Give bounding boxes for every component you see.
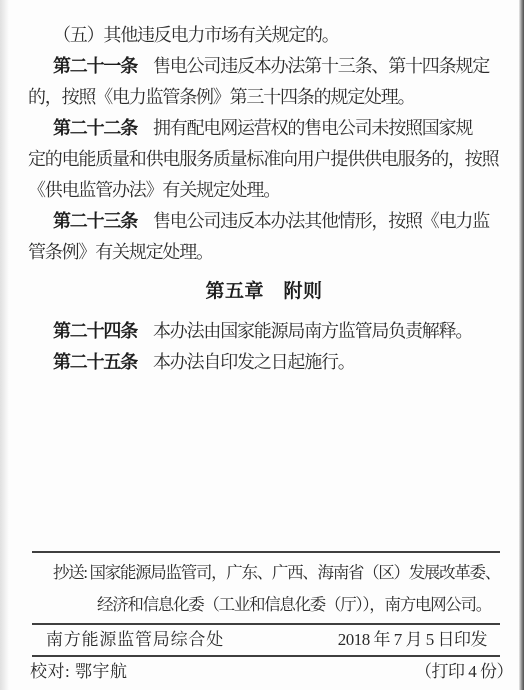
article-number: 第二十四条: [53, 321, 137, 341]
article-number: 第二十三条: [53, 211, 137, 231]
body-line-text: 《供电监管办法》有关规定处理。: [28, 180, 280, 200]
body-line: 第二十一条售电公司违反本办法第十三条、第十四条规定: [28, 51, 500, 82]
body-line: 第二十五条本办法自印发之日起施行。: [28, 347, 500, 378]
body-line: 第二十四条本办法由国家能源局南方监管局负责解释。: [28, 316, 500, 347]
body-line-text: 拥有配电网运营权的售电公司未按照国家规: [153, 118, 472, 138]
chapter-heading: 第五章 附则: [28, 276, 500, 307]
body-line-text: 售电公司违反本办法其他情形，按照《电力监: [153, 211, 489, 231]
document-body: （五）其他违反电力市场有关规定的。 第二十一条售电公司违反本办法第十三条、第十四…: [28, 20, 500, 378]
issuing-office: 南方能源监管局综合处: [46, 630, 224, 650]
scan-edge-right: [519, 0, 524, 690]
footer-divider-top: [32, 551, 500, 553]
body-line-text: 本办法自印发之日起施行。: [153, 352, 355, 372]
body-line: 第二十二条拥有配电网运营权的售电公司未按照国家规: [28, 113, 500, 144]
cc-list-line1: 抄送: 国家能源局监管司，广东、广西、海南省（区）发展改革委、: [53, 563, 500, 583]
body-line-text: 管条例》有关规定处理。: [28, 242, 213, 262]
proofreader: 校对: 鄂宇航: [30, 662, 127, 682]
print-date: 2018 年 7 月 5 日印发: [338, 630, 487, 650]
body-line-text: 的，按照《电力监管条例》第三十四条的规定处理。: [28, 87, 414, 107]
body-line-text: 定的电能质量和供电服务质量标准向用户提供供电服务的，按照: [28, 149, 498, 169]
scan-edge-left: [0, 0, 9, 690]
article-number: 第二十一条: [53, 56, 137, 76]
body-line: 管条例》有关规定处理。: [28, 237, 500, 268]
cc-list-line2: 经济和信息化委（工业和信息化委（厅）），南方电网公司。: [97, 595, 491, 615]
body-line-text: （五）其他违反电力市场有关规定的。: [53, 25, 339, 45]
print-copies: （打印 4 份）: [415, 662, 513, 682]
body-line: 定的电能质量和供电服务质量标准向用户提供供电服务的，按照: [28, 144, 500, 175]
article-number: 第二十五条: [53, 352, 137, 372]
body-line: 《供电监管办法》有关规定处理。: [28, 175, 500, 206]
footer-divider-bottom: [32, 655, 500, 657]
body-line: 第二十三条售电公司违反本办法其他情形，按照《电力监: [28, 206, 500, 237]
article-number: 第二十二条: [53, 118, 137, 138]
body-line: （五）其他违反电力市场有关规定的。: [28, 20, 500, 51]
document-page: （五）其他违反电力市场有关规定的。 第二十一条售电公司违反本办法第十三条、第十四…: [0, 0, 524, 690]
body-line: 的，按照《电力监管条例》第三十四条的规定处理。: [28, 82, 500, 113]
footer-divider-middle: [32, 623, 500, 625]
body-line-text: 售电公司违反本办法第十三条、第十四条规定: [153, 56, 489, 76]
body-line-text: 本办法由国家能源局南方监管局负责解释。: [153, 321, 472, 341]
